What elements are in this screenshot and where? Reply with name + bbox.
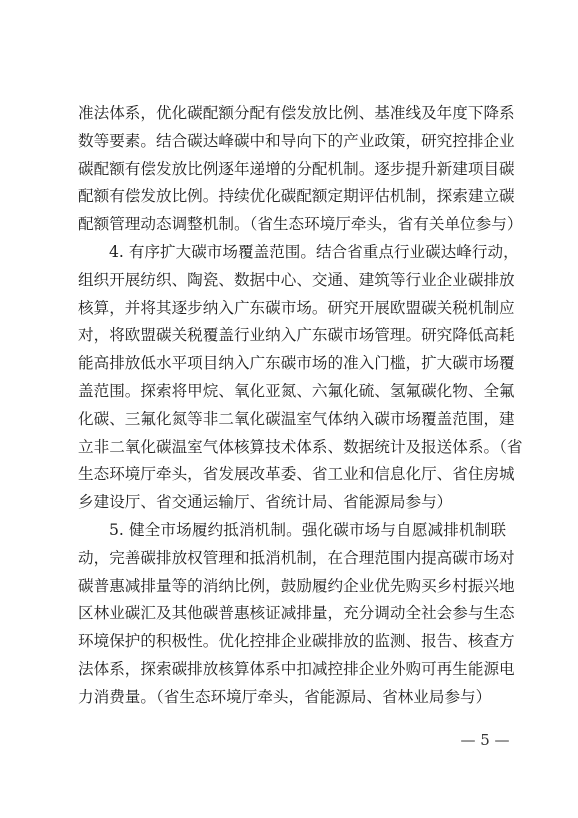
text-line: 组织开展纺织、陶瓷、数据中心、交通、建筑等行业企业碳排放 <box>78 267 506 295</box>
document-page: 准法体系，优化碳配额分配有偿发放比例、基准线及年度下降系 数等要素。结合碳达峰碳… <box>0 0 578 818</box>
text-line: 数等要素。结合碳达峰碳中和导向下的产业政策，研究控排企业 <box>78 128 506 156</box>
text-line: 区林业碳汇及其他碳普惠核证减排量，充分调动全社会参与生态 <box>78 600 506 628</box>
text-line: 能高排放低水平项目纳入广东碳市场的准入门槛，扩大碳市场覆 <box>78 350 506 378</box>
text-line: 乡建设厅、省交通运输厅、省统计局、省能源局参与） <box>78 489 506 517</box>
paragraph-continuation: 准法体系，优化碳配额分配有偿发放比例、基准线及年度下降系 数等要素。结合碳达峰碳… <box>78 100 506 239</box>
text-line: 力消费量。（省生态环境厅牵头，省能源局、省林业局参与） <box>78 684 506 712</box>
text-line: 法体系，探索碳排放核算体系中扣减控排企业外购可再生能源电 <box>78 656 506 684</box>
text-line: 盖范围。探索将甲烷、氧化亚氮、六氟化硫、氢氟碳化物、全氟 <box>78 378 506 406</box>
text-line: 准法体系，优化碳配额分配有偿发放比例、基准线及年度下降系 <box>78 100 506 128</box>
text-line: 对，将欧盟碳关税覆盖行业纳入广东碳市场管理。研究降低高耗 <box>78 322 506 350</box>
body-text: 准法体系，优化碳配额分配有偿发放比例、基准线及年度下降系 数等要素。结合碳达峰碳… <box>78 100 506 712</box>
text-line: 生态环境厅牵头，省发展改革委、省工业和信息化厅、省住房城 <box>78 461 506 489</box>
text-line: 碳普惠减排量等的消纳比例，鼓励履约企业优先购买乡村振兴地 <box>78 573 506 601</box>
text-line: 化碳、三氟化氮等非二氧化碳温室气体纳入碳市场覆盖范围，建 <box>78 406 506 434</box>
text-line: 环境保护的积极性。优化控排企业碳排放的监测、报告、核查方 <box>78 628 506 656</box>
text-line: 核算，并将其逐步纳入广东碳市场。研究开展欧盟碳关税机制应 <box>78 295 506 323</box>
text-line: 配额有偿发放比例。持续优化碳配额定期评估机制，探索建立碳 <box>78 183 506 211</box>
page-number: — 5 — <box>460 730 510 750</box>
text-line-heading: 5. 健全市场履约抵消机制。强化碳市场与自愿减排机制联 <box>78 517 506 545</box>
paragraph-item-5: 5. 健全市场履约抵消机制。强化碳市场与自愿减排机制联 动，完善碳排放权管理和抵… <box>78 517 506 712</box>
text-line: 配额管理动态调整机制。（省生态环境厅牵头，省有关单位参与） <box>78 211 506 239</box>
paragraph-item-4: 4. 有序扩大碳市场覆盖范围。结合省重点行业碳达峰行动， 组织开展纺织、陶瓷、数… <box>78 239 506 517</box>
text-line: 动，完善碳排放权管理和抵消机制，在合理范围内提高碳市场对 <box>78 545 506 573</box>
text-line: 立非二氧化碳温室气体核算技术体系、数据统计及报送体系。（省 <box>78 434 506 462</box>
text-line: 碳配额有偿发放比例逐年递增的分配机制。逐步提升新建项目碳 <box>78 156 506 184</box>
text-line-heading: 4. 有序扩大碳市场覆盖范围。结合省重点行业碳达峰行动， <box>78 239 506 267</box>
